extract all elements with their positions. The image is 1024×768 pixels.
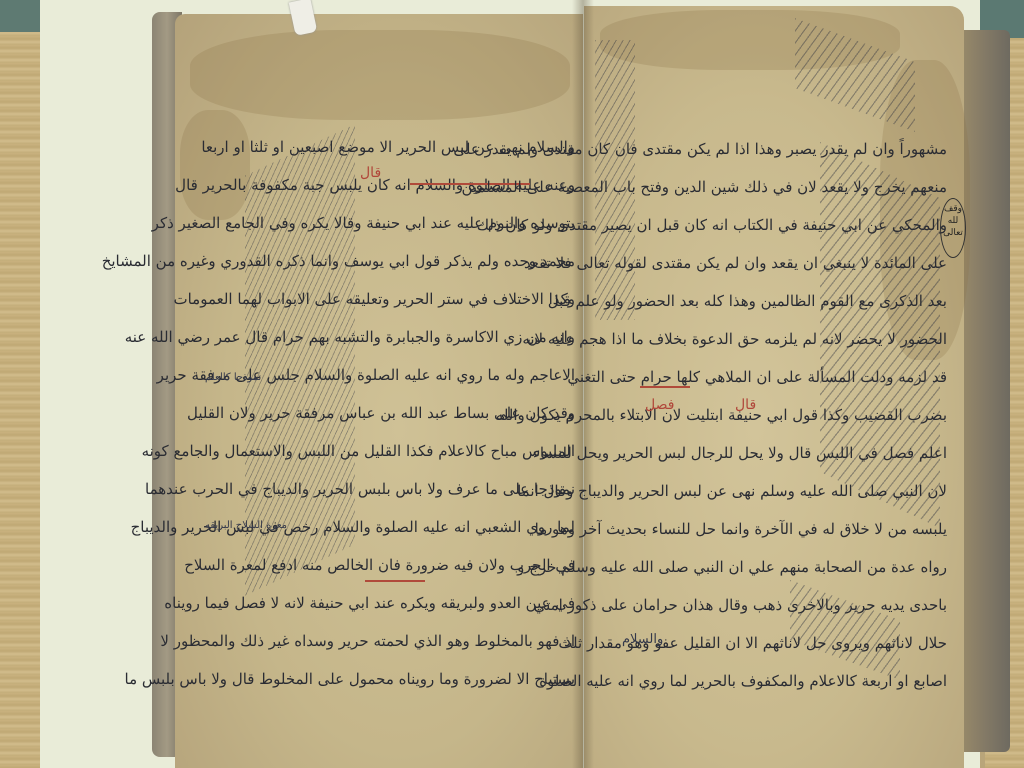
right-page-text: مشهوراً وان لم يقدر يصبر وهذا اذا لم يكن… bbox=[592, 130, 947, 700]
closing-word: والسلام bbox=[622, 632, 663, 647]
text-line: اعلم فصل في اللبس قال ولا يحل للرجال لبس… bbox=[592, 434, 947, 472]
text-line: لما روي الشعبي انه عليه الصلوة والسلام ر… bbox=[240, 508, 575, 546]
text-line: يلبسه من لا خلاق له في الآخرة وانما حل ل… bbox=[592, 510, 947, 548]
text-line: والمحكي عن ابي حنيفة في الكتاب انه كان ق… bbox=[592, 206, 947, 244]
text-line: مشهوراً وان لم يقدر يصبر وهذا اذا لم يكن… bbox=[592, 130, 947, 168]
text-line: رواه عدة من الصحابة منهم علي ان النبي صل… bbox=[592, 548, 947, 586]
text-line: بعد الذكرى مع القوم الظالمين وهذا كله بع… bbox=[592, 282, 947, 320]
wooden-table-left bbox=[0, 0, 40, 768]
text-line: اصابع او اربعة كالاعلام والمكفوف بالحرير… bbox=[592, 662, 947, 700]
ownership-seal: وقف لله تعالى bbox=[940, 198, 966, 258]
text-line: اذ فهو بالمخلوط وهو الذي لحمته حرير وسدا… bbox=[240, 622, 575, 660]
text-line: وكذا الاختلاف في ستر الحرير وتعليقه على … bbox=[240, 280, 575, 318]
rubric-underline bbox=[365, 580, 425, 582]
text-line: منعهم يخرج ولا يقعد لان في ذلك شين الدين… bbox=[592, 168, 947, 206]
text-line: على المائدة لا ينبغي ان يقعد وان لم يكن … bbox=[592, 244, 947, 282]
seal-text: وقف لله تعالى bbox=[943, 204, 963, 238]
text-line: قد لزمه ودلت المسألة على ان الملاهي كلها… bbox=[592, 358, 947, 396]
water-stain-top-left bbox=[190, 30, 570, 120]
rubric-word: فصل bbox=[645, 397, 674, 413]
text-line: في عين العدو ولبريقه ويكره عند ابي حنيفة… bbox=[240, 584, 575, 622]
text-line: باحدى يديه حرير وبالاخرى ذهب وقال هذان ح… bbox=[592, 586, 947, 624]
text-line: يستباح الا لضرورة وما رويناه محمول على ا… bbox=[240, 660, 575, 698]
text-line: الحضور لا يحضر لانه لم يلزمه حق الدعوة ب… bbox=[592, 320, 947, 358]
margin-note: معرة السلاح البريقه bbox=[205, 520, 287, 531]
margin-note: نموذجا كالعلم bbox=[205, 372, 261, 383]
text-line: الاعاجم وله ما روي انه عليه الصلوة والسل… bbox=[240, 356, 575, 394]
text-line: لان النبي صلى الله عليه وسلم نهى عن لبس … bbox=[592, 472, 947, 510]
background-corner-top-left bbox=[0, 0, 40, 32]
rubric-word: قال bbox=[360, 165, 381, 181]
rubric-word: قال bbox=[735, 397, 756, 413]
text-line: الملبوس مباح كالاعلام فكذا القليل من الل… bbox=[240, 432, 575, 470]
